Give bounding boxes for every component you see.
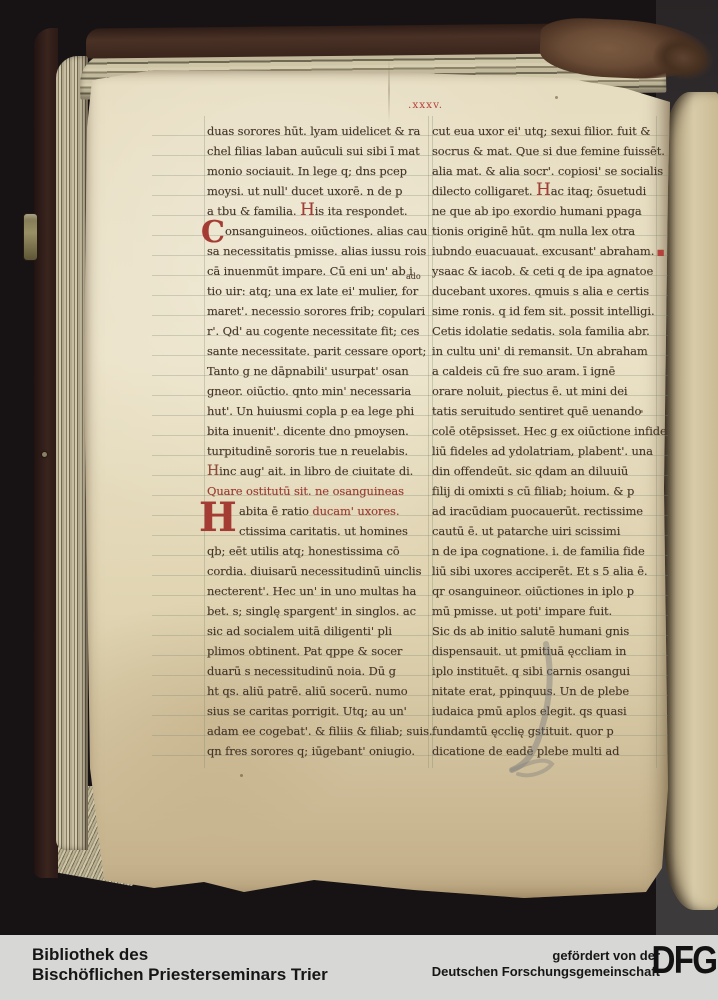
manuscript-text-line: liū fideles ad ydolatriam, plabent'. una [432, 441, 656, 461]
manuscript-text-line: in cultu uni' di remansit. Un abraham [432, 341, 656, 361]
manuscript-text-line: Tanto g ne dāpnabili' usurpat' osan [207, 361, 429, 381]
manuscript-text-line: bita inuenit'. dicente dno pmoysen. [207, 421, 429, 441]
manuscript-text-line: chel filias laban auūculi sui sibi ī mat [207, 141, 429, 161]
manuscript-text-line: monio sociauit. In lege q; dns pcep [207, 161, 429, 181]
manuscript-text-line: Hinc aug' ait. in libro de ciuitate di. [207, 461, 429, 481]
manuscript-text-line: sime ronis. q id fem sit. possit intelli… [432, 301, 656, 321]
manuscript-text-line: socrus & mat. Que si due femine fuissēt. [432, 141, 656, 161]
ink-smudge [502, 640, 582, 790]
manuscript-text-line: iubndo euacuauat. excusant' abraham. ■ [432, 241, 656, 261]
manuscript-text-line: ctissima caritatis. ut homines [207, 521, 429, 541]
manuscript-text-line: sic ad socialem uitā diligenti' pli [207, 621, 429, 641]
manuscript-text-line: sius se caritas porrigit. Utq; au un' [207, 701, 429, 721]
manuscript-text-line: liū sibi uxores acciperēt. Et s 5 alia ē… [432, 561, 656, 581]
manuscript-text-line: duas sorores hūt. lyam uidelicet & ra [207, 121, 429, 141]
manuscript-text-line: sa necessitatis pmisse. alias iussu rois [207, 241, 429, 261]
manuscript-text-line: orare noluit, piectus ē. ut mini dei [432, 381, 656, 401]
ruling-line-vertical [204, 116, 205, 768]
drop-cap-c: C [201, 218, 225, 248]
manuscript-text-line: adam ee cogebat'. & filiis & filiab; sui… [207, 721, 429, 741]
manuscript-text-line: n de ipa cognatione. i. de familia fide [432, 541, 656, 561]
manuscript-text-line: cut eua uxor ei' utq; sexui filior. fuit… [432, 121, 656, 141]
manuscript-text-line: ht qs. aliū patrē. aliū socerū. numo [207, 681, 429, 701]
leather-top-edge [86, 23, 572, 58]
manuscript-text-line: cordia. diuisarū necessitudinū uinclis [207, 561, 429, 581]
manuscript-text-line: colē otēpsisset. Hec g ex oiūctione infi… [432, 421, 656, 441]
manuscript-text-line: Sic ds ab initio salutē humani gnis [432, 621, 656, 641]
manuscript-text-line: tatis seruitudo sentiret quē uenando [432, 401, 656, 421]
text-column-left: C H ado duas sorores hūt. lyam uidelicet… [207, 121, 429, 761]
manuscript-text-line: ne que ab ipo exordio humani ppaga [432, 201, 656, 221]
footer-bar: Bibliothek des Bischöflichen Priestersem… [0, 935, 718, 1000]
ruling-line-vertical [656, 116, 657, 768]
manuscript-text-line: ducebant uxores. qmuis s alia e certis [432, 281, 656, 301]
manuscript-text-line: maret'. necessio sorores frib; copulari [207, 301, 429, 321]
manuscript-text-line: bet. s; singlę spargent' in singlos. ac [207, 601, 429, 621]
manuscript-text-line: mū pmisse. ut poti' impare fuit. [432, 601, 656, 621]
manuscript-text-line: a caldeis cū fre suo aram. ī ignē [432, 361, 656, 381]
board-nail [42, 452, 47, 457]
scan-photo: .xxxv. C H ado duas sorores hūt. lyam ui… [0, 0, 718, 1000]
library-name-line1: Bibliothek des [32, 945, 328, 965]
manuscript-text-line: din offendeūt. sic qdam an diluuiū [432, 461, 656, 481]
manuscript-text-line: Quare ostitutū sit. ne osanguineas [207, 481, 429, 501]
next-page-edge [664, 92, 718, 910]
funding-credit: gefördert von der Deutschen Forschungsge… [432, 948, 660, 980]
manuscript-text-line: cā inuenmūt impare. Cū eni un' ab i [207, 261, 429, 281]
manuscript-text-line: qb; eēt utilis atq; honestissima cō [207, 541, 429, 561]
manuscript-text-line: abita ē ratio ducam' uxores. [207, 501, 429, 521]
manuscript-text-line: r'. Qd' au cogente necessitate fit; ces [207, 321, 429, 341]
manuscript-text-line: tionis originē hūt. qm nulla lex otra [432, 221, 656, 241]
library-name-line2: Bischöflichen Priesterseminars Trier [32, 965, 328, 985]
manuscript-text-line: gneor. oiūctio. qnto min' necessaria [207, 381, 429, 401]
manuscript-text-line: alia mat. & alia socr'. copiosi' se soci… [432, 161, 656, 181]
manuscript-text-line: turpitudinē sororis tue n reuelabis. [207, 441, 429, 461]
manuscript-text-line: qr osanguineor. oiūctiones in iplo p [432, 581, 656, 601]
parchment-speck [555, 96, 558, 99]
folio-number: .xxxv. [408, 99, 443, 111]
manuscript-text-line: ysaac & iacob. & ceti q de ipa agnatoe [432, 261, 656, 281]
manuscript-text-line: Cetis idolatie sedatis. sola familia abr… [432, 321, 656, 341]
dfg-logo: DFG [651, 939, 716, 983]
manuscript-text-line: plimos obtinent. Pat qppe & socer [207, 641, 429, 661]
manuscript-text-line: qn fres sorores q; iūgebant' oniugio. [207, 741, 429, 761]
manuscript-text-line: sante necessitate. parit cessare oport; [207, 341, 429, 361]
funding-credit-line1: gefördert von der [432, 948, 660, 964]
manuscript-text-line: hut'. Un huiusmi copla p ea lege phi [207, 401, 429, 421]
manuscript-text-line: onsanguineos. oiūctiones. alias cau [207, 221, 429, 241]
parchment-crease [388, 58, 390, 122]
manuscript-text-line: necterent'. Hec un' in uno multas ha [207, 581, 429, 601]
manuscript-text-line: cautū ē. ut patarche uiri scissimi [432, 521, 656, 541]
manuscript-text-line: moysi. ut null' ducet uxorē. n de p [207, 181, 429, 201]
parchment-speck [240, 774, 243, 777]
library-name: Bibliothek des Bischöflichen Priestersem… [32, 945, 328, 985]
clasp-fitting [24, 214, 37, 260]
funding-credit-line2: Deutschen Forschungsgemeinschaft [432, 964, 660, 980]
manuscript-text-line: duarū s necessitudinū noia. Dū g [207, 661, 429, 681]
fore-edge-page-stack [56, 56, 88, 850]
manuscript-text-line: tio uir: atq; una ex late ei' mulier, fo… [207, 281, 429, 301]
drop-cap-h: H [199, 498, 237, 538]
manuscript-text-line: a tbu & familia. His ita respondet. [207, 201, 429, 221]
manuscript-text-line: filij di omixti s cū filiab; hoium. & p [432, 481, 656, 501]
manuscript-text-line: ad iracūdiam puocauerūt. rectissime [432, 501, 656, 521]
interlinear-gloss: ado [406, 267, 421, 287]
manuscript-text-line: dilecto colligaret. Hac itaq; ōsuetudi [432, 181, 656, 201]
